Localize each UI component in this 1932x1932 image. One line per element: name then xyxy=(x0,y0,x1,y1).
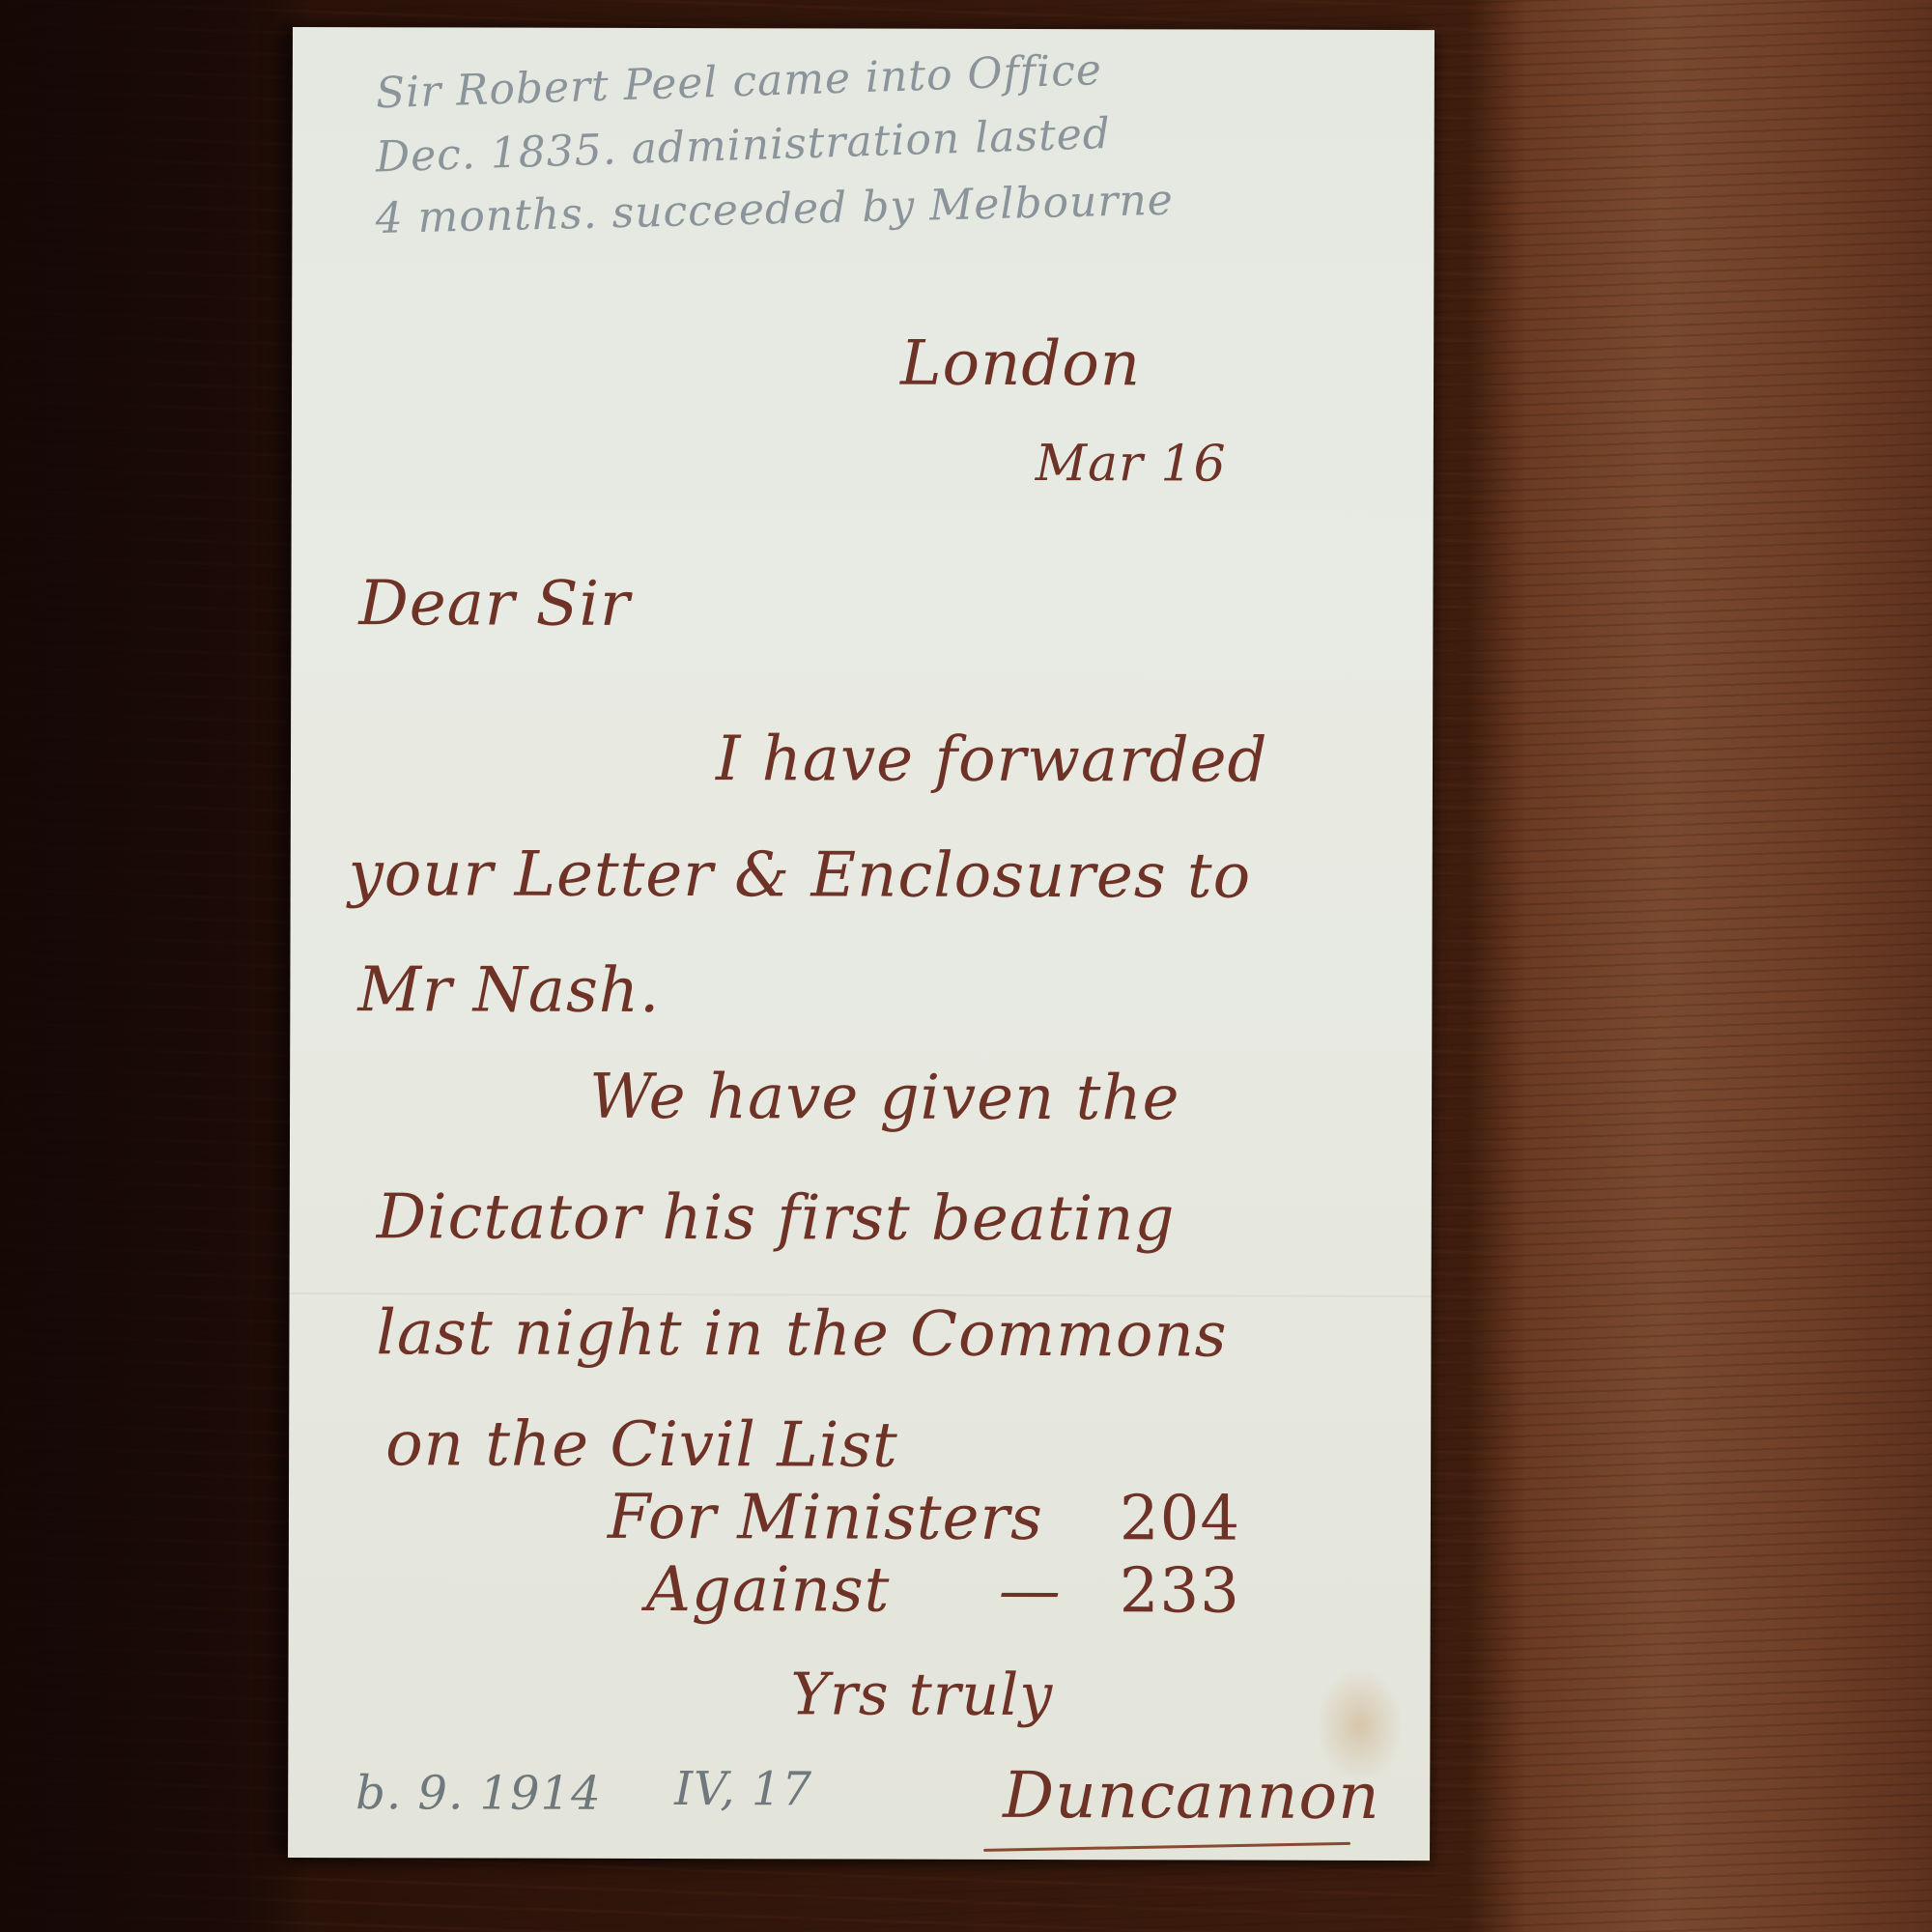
signature-underline xyxy=(983,1842,1350,1852)
letter-closing: Yrs truly xyxy=(790,1661,1053,1729)
vote-against-value: 233 xyxy=(1120,1555,1240,1627)
letter-place: London xyxy=(900,328,1141,401)
vote-against-label: Against xyxy=(646,1554,891,1627)
letter-body-line: on the Civil List xyxy=(385,1408,898,1481)
pencil-note-line: Dec. 1835. administration lasted xyxy=(375,109,1112,183)
vote-tally: For Ministers 204 Against — 233 xyxy=(293,27,1435,30)
letter-body-line: I have forwarded xyxy=(716,724,1268,796)
catalogue-mark-number: b. 9. 1914 xyxy=(355,1766,602,1821)
letter-body-line: Mr Nash. xyxy=(357,954,660,1027)
letter-body-line: We have given the xyxy=(589,1062,1180,1135)
letter-salutation: Dear Sir xyxy=(358,568,630,640)
vote-against-dash: — xyxy=(999,1555,1062,1627)
vote-for-label: For Ministers xyxy=(608,1482,1043,1554)
desk-shadow xyxy=(0,0,309,1932)
pencil-note: Sir Robert Peel came into Office Dec. 18… xyxy=(293,27,1435,30)
paper-fold-line xyxy=(290,1293,1432,1297)
pencil-note-line: 4 months. succeeded by Melbourne xyxy=(375,176,1174,243)
letter-date: Mar 16 xyxy=(1036,435,1227,494)
letter-sheet: Sir Robert Peel came into Office Dec. 18… xyxy=(288,27,1435,1861)
catalogue-mark-volume: IV, 17 xyxy=(674,1762,812,1816)
pencil-note-line: Sir Robert Peel came into Office xyxy=(375,45,1102,118)
letter-body-line: Dictator his first beating xyxy=(377,1181,1176,1255)
vote-for-value: 204 xyxy=(1120,1483,1240,1554)
letter-body-line: your Letter & Enclosures to xyxy=(349,838,1252,912)
letter-signature: Duncannon xyxy=(1003,1758,1380,1833)
letter-body-line: last night in the Commons xyxy=(376,1297,1227,1371)
